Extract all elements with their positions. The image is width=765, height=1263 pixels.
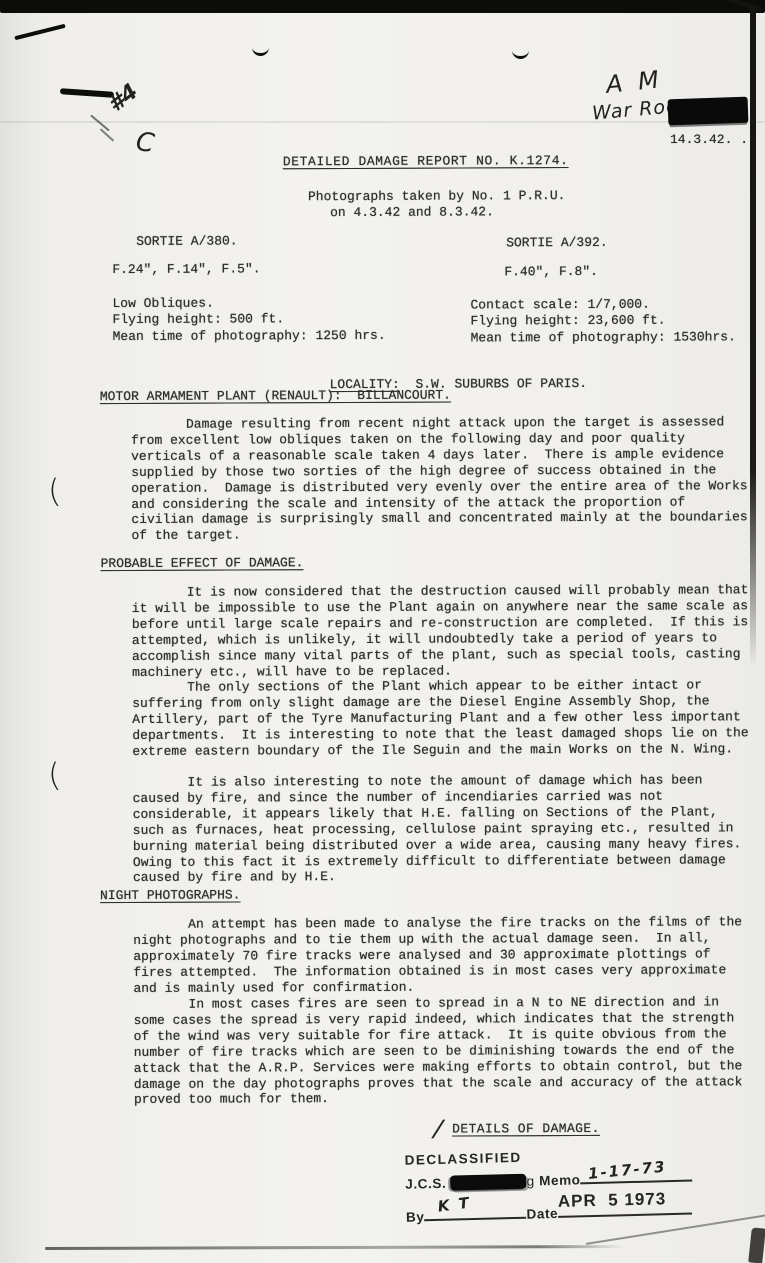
typed-text-layer: DETAILED DAMAGE REPORT NO. K.1274. Photo…: [0, 0, 765, 1263]
memo-label: Memo: [539, 1172, 581, 1188]
sortie-right-name: SORTIE A/392.: [506, 235, 607, 251]
declassified-stamp-memo-line: J.C.S. g Memo1-17-73: [405, 1164, 693, 1192]
probable-effect-paragraph-2: The only sections of the Plant which app…: [132, 677, 749, 759]
redaction-scribble: [451, 1174, 527, 1191]
assessment-paragraph: Damage resulting from recent night attac…: [131, 414, 749, 544]
date-blank-line: APR 5 1973: [558, 1195, 692, 1218]
sortie-right-details: Contact scale: 1/7,000. Flying height: 2…: [470, 296, 735, 346]
by-handwritten-value: K T: [437, 1193, 472, 1215]
page-title: DETAILED DAMAGE REPORT NO. K.1274.: [283, 153, 569, 170]
target-heading: MOTOR ARMAMENT PLANT (RENAULT): BILLANCO…: [100, 388, 451, 406]
date-label: Date: [526, 1206, 558, 1222]
memo-blank-line: 1-17-73: [580, 1164, 692, 1185]
subtitle-line-1: Photographs taken by No. 1 P.R.U.: [308, 188, 566, 205]
date-stamped-value: APR 5 1973: [558, 1189, 667, 1212]
sortie-left-details: Low Obliques. Flying height: 500 ft. Mea…: [112, 295, 385, 345]
details-of-damage-label: DETAILS OF DAMAGE.: [452, 1121, 600, 1137]
subtitle-line-2: on 4.3.42 and 8.3.42.: [330, 204, 494, 221]
probable-effect-heading: PROBABLE EFFECT OF DAMAGE.: [101, 555, 304, 572]
sortie-left-cameras: F.24", F.14", F.5".: [112, 261, 260, 278]
declassified-stamp: DECLASSIFIED J.C.S. g Memo1-17-73 ByK TD…: [404, 1146, 693, 1225]
details-of-damage-line: /DETAILS OF DAMAGE.: [434, 1114, 600, 1143]
sortie-left-name: SORTIE A/380.: [136, 233, 237, 249]
declassified-stamp-by-line: ByK TDateAPR 5 1973: [406, 1194, 694, 1224]
night-photographs-paragraph-2: In most cases fires are seen to spread i…: [133, 994, 750, 1108]
by-blank-line: K T: [424, 1199, 526, 1222]
scanned-document-page: #4 C ( ( A M War Room 14.3.42. . DETAILE…: [0, 0, 765, 1263]
handwritten-slash-mark: /: [433, 1114, 444, 1143]
probable-effect-paragraph-3: It is also interesting to note the amoun…: [133, 772, 750, 886]
sortie-right-cameras: F.40", F.8".: [504, 264, 598, 280]
bottom-right-corner-mark: [748, 1227, 765, 1263]
by-label: By: [406, 1209, 425, 1224]
jcs-label: J.C.S.: [405, 1176, 446, 1192]
probable-effect-paragraph-1: It is now considered that the destructio…: [132, 582, 749, 680]
night-photographs-paragraph-1: An attempt has been made to analyse the …: [133, 914, 750, 996]
after-redaction-char: g: [526, 1173, 534, 1188]
night-photographs-heading: NIGHT PHOTOGRAPHS.: [100, 887, 241, 904]
